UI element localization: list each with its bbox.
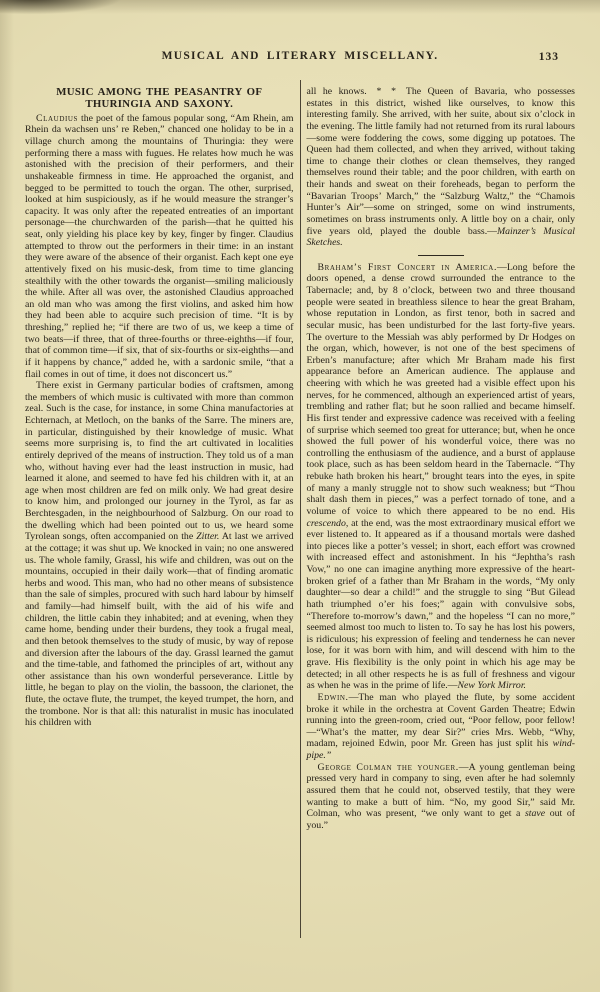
paragraph-queen-of-bavaria: all he knows. * * The Queen of Bavaria, … — [307, 86, 576, 249]
paragraph-edwin: Edwin.—The man who played the flute, by … — [307, 692, 576, 762]
article-title: MUSIC AMONG THE PEASANTRY OFTHURINGIA AN… — [25, 86, 294, 111]
text-segment: At last we arrived at the cottage; it wa… — [25, 531, 294, 728]
text-segment-lead: Edwin. — [318, 692, 349, 703]
article-title-line: THURINGIA AND SAXONY. — [25, 98, 294, 110]
column-right: all he knows. * * The Queen of Bavaria, … — [307, 86, 576, 831]
paragraph-claudius: Claudius the poet of the famous popular … — [25, 113, 294, 380]
scan-corner-shadow — [0, 0, 220, 34]
text-segment: the poet of the famous popular song, “Am… — [25, 113, 294, 380]
text-block: MUSIC AMONG THE PEASANTRY OFTHURINGIA AN… — [25, 86, 575, 831]
text-segment: —Long before the doors opened, a dense c… — [307, 262, 576, 517]
scan-left-edge-shadow — [0, 0, 14, 992]
scan-top-edge-shadow — [0, 0, 600, 14]
scanned-page: { "colors": { "paper": "#e7dfb6", "ink":… — [0, 0, 600, 992]
article-title-line: MUSIC AMONG THE PEASANTRY OF — [25, 86, 294, 98]
text-segment-italic: crescendo — [307, 518, 346, 529]
running-header: MUSICAL AND LITERARY MISCELLANY. 133 — [25, 50, 575, 62]
text-segment-lead: Claudius — [36, 113, 78, 124]
paragraph-germany-craftsmen: There exist in Germany particular bodies… — [25, 380, 294, 729]
column-left: MUSIC AMONG THE PEASANTRY OFTHURINGIA AN… — [25, 86, 294, 831]
page-number: 133 — [539, 51, 559, 63]
section-rule — [418, 255, 464, 256]
paragraph-braham-concert: Braham’s First Concert in America.—Long … — [307, 262, 576, 692]
text-segment-italic: Zitter. — [196, 531, 219, 542]
text-segment-lead: Braham’s First Concert in America. — [318, 262, 498, 273]
text-segment: There exist in Germany particular bodies… — [25, 380, 294, 542]
text-segment-lead: George Colman the younger. — [318, 762, 459, 773]
paragraph-george-colman: George Colman the younger.—A young gentl… — [307, 762, 576, 832]
text-segment: , at the end, was the most extraordinary… — [307, 518, 576, 692]
text-segment: all he knows. * * The Queen of Bavaria, … — [307, 86, 576, 237]
text-segment-italic: New York Mirror. — [457, 680, 526, 691]
text-segment-italic: stave — [525, 808, 545, 819]
header-title: MUSICAL AND LITERARY MISCELLANY. — [162, 50, 439, 62]
